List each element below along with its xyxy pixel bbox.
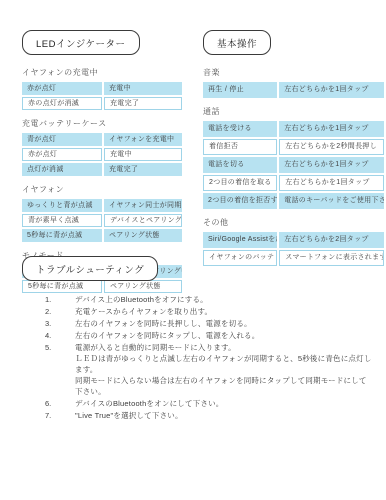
troubleshooting-item: 5.電源が入ると自動的に同期モードに入ります。ＬＥＤは青がゆっくりと点滅し左右の… xyxy=(45,342,374,397)
led-status-table: 青が点灯イヤフォンを充電中赤が点灯充電中点灯が消滅充電完了 xyxy=(22,133,182,176)
item-number: 3. xyxy=(45,318,75,329)
item-number: 2. xyxy=(45,306,75,317)
basic-operations-column: 基本操作 音楽 再生 / 停止左右どちらかを1回タップ 通話 電話を受ける左右ど… xyxy=(203,30,384,268)
table-cell: 左右どちらかを1回タップ xyxy=(279,82,384,98)
item-number: 6. xyxy=(45,398,75,409)
troubleshooting-list: 1.デバイス上のBluetoothをオフにする。2.充電ケースからイヤフォンを取… xyxy=(22,294,374,421)
section-charging-case: 充電バッテリーケース 青が点灯イヤフォンを充電中赤が点灯充電中点灯が消滅充電完了 xyxy=(22,118,182,176)
table-row: 青が点灯イヤフォンを充電中 xyxy=(22,133,182,146)
troubleshooting-item: 2.充電ケースからイヤフォンを取り出す。 xyxy=(45,306,374,317)
led-status-table: ゆっくりと青が点滅イヤフォン同士が同期中青が素早く点滅デバイスとペアリング中5秒… xyxy=(22,199,182,242)
led-indicator-heading: LEDインジケーター xyxy=(22,30,140,55)
section-earphone-charging: イヤフォンの充電中 赤が点灯充電中赤の点灯が消滅充電完了 xyxy=(22,67,182,110)
table-cell: 電話を切る xyxy=(203,157,277,173)
item-text: デバイス上のBluetoothをオフにする。 xyxy=(75,294,374,305)
table-row: 着信拒否左右どちらかを2秒間長押し xyxy=(203,139,384,155)
table-cell: Siri/Google Assistを起動 xyxy=(203,232,277,248)
troubleshooting-heading: トラブルシューティング xyxy=(22,256,158,281)
section-music: 音楽 再生 / 停止左右どちらかを1回タップ xyxy=(203,67,384,98)
item-number: 1. xyxy=(45,294,75,305)
item-number: 4. xyxy=(45,330,75,341)
table-row: 点灯が消滅充電完了 xyxy=(22,163,182,176)
table-cell: 再生 / 停止 xyxy=(203,82,277,98)
table-cell: 5秒毎に青が点滅 xyxy=(22,229,102,242)
item-text: 電源が入ると自動的に同期モードに入ります。ＬＥＤは青がゆっくりと点滅し左右のイヤ… xyxy=(75,342,374,397)
section-title: イヤフォンの充電中 xyxy=(22,67,182,78)
item-text: 左右のイヤフォンを同時にタップし、電源を入れる。 xyxy=(75,330,374,341)
section-earphone: イヤフォン ゆっくりと青が点滅イヤフォン同士が同期中青が素早く点滅デバイスとペア… xyxy=(22,184,182,242)
table-row: ゆっくりと青が点滅イヤフォン同士が同期中 xyxy=(22,199,182,212)
table-cell: イヤフォンを充電中 xyxy=(104,133,182,146)
table-row: 赤の点灯が消滅充電完了 xyxy=(22,97,182,110)
table-row: 赤が点灯充電中 xyxy=(22,82,182,95)
table-cell: 青が素早く点滅 xyxy=(22,214,102,227)
table-cell: 充電中 xyxy=(104,148,182,161)
troubleshooting-item: 1.デバイス上のBluetoothをオフにする。 xyxy=(45,294,374,305)
table-cell: 2つ目の着信を取る xyxy=(203,175,277,191)
table-cell: 赤が点灯 xyxy=(22,148,102,161)
table-cell: 左右どちらかを2回タップ xyxy=(279,232,384,248)
table-cell: ゆっくりと青が点滅 xyxy=(22,199,102,212)
section-calls: 通話 電話を受ける左右どちらかを1回タップ着信拒否左右どちらかを2秒間長押し電話… xyxy=(203,106,384,209)
troubleshooting-section: トラブルシューティング 1.デバイス上のBluetoothをオフにする。2.充電… xyxy=(22,256,374,422)
table-cell: 赤が点灯 xyxy=(22,82,102,95)
table-row: 2つ目の着信を取る左右どちらかを1回タップ xyxy=(203,175,384,191)
table-row: 赤が点灯充電中 xyxy=(22,148,182,161)
item-text: "Live True"を選択して下さい。 xyxy=(75,410,374,421)
section-title: 音楽 xyxy=(203,67,384,78)
section-title: イヤフォン xyxy=(22,184,182,195)
table-cell: 電話のキーパッドをご使用下さい xyxy=(279,193,384,209)
table-cell: 赤の点灯が消滅 xyxy=(22,97,102,110)
item-number: 7. xyxy=(45,410,75,421)
table-cell: デバイスとペアリング中 xyxy=(104,214,182,227)
table-cell: 充電完了 xyxy=(104,163,182,176)
table-cell: 充電中 xyxy=(104,82,182,95)
table-row: 2つ目の着信を拒否する電話のキーパッドをご使用下さい xyxy=(203,193,384,209)
table-row: 青が素早く点滅デバイスとペアリング中 xyxy=(22,214,182,227)
operation-table: 再生 / 停止左右どちらかを1回タップ xyxy=(203,82,384,98)
item-text: 充電ケースからイヤフォンを取り出す。 xyxy=(75,306,374,317)
table-cell: 着信拒否 xyxy=(203,139,277,155)
item-text: デバイスのBluetoothをオンにして下さい。 xyxy=(75,398,374,409)
table-cell: 左右どちらかを1回タップ xyxy=(279,157,384,173)
led-status-table: 赤が点灯充電中赤の点灯が消滅充電完了 xyxy=(22,82,182,110)
table-cell: 青が点灯 xyxy=(22,133,102,146)
table-row: 再生 / 停止左右どちらかを1回タップ xyxy=(203,82,384,98)
table-cell: 電話を受ける xyxy=(203,121,277,137)
table-cell: ペアリング状態 xyxy=(104,229,182,242)
table-cell: イヤフォン同士が同期中 xyxy=(104,199,182,212)
manual-page: { "colors": { "row_blue": "#b7e2f1", "ta… xyxy=(0,0,386,500)
table-cell: 2つ目の着信を拒否する xyxy=(203,193,277,209)
table-row: Siri/Google Assistを起動左右どちらかを2回タップ xyxy=(203,232,384,248)
section-title: その他 xyxy=(203,217,384,228)
basic-operations-heading: 基本操作 xyxy=(203,30,271,55)
item-text: 左右のイヤフォンを同時に長押しし、電源を切る。 xyxy=(75,318,374,329)
troubleshooting-item: 6.デバイスのBluetoothをオンにして下さい。 xyxy=(45,398,374,409)
table-cell: 左右どちらかを1回タップ xyxy=(279,121,384,137)
item-number: 5. xyxy=(45,342,75,397)
table-cell: 点灯が消滅 xyxy=(22,163,102,176)
table-row: 5秒毎に青が点滅ペアリング状態 xyxy=(22,229,182,242)
table-row: 電話を受ける左右どちらかを1回タップ xyxy=(203,121,384,137)
section-title: 通話 xyxy=(203,106,384,117)
troubleshooting-item: 3.左右のイヤフォンを同時に長押しし、電源を切る。 xyxy=(45,318,374,329)
table-cell: 左右どちらかを2秒間長押し xyxy=(279,139,384,155)
section-title: 充電バッテリーケース xyxy=(22,118,182,129)
troubleshooting-item: 4.左右のイヤフォンを同時にタップし、電源を入れる。 xyxy=(45,330,374,341)
table-cell: 左右どちらかを1回タップ xyxy=(279,175,384,191)
table-cell: 充電完了 xyxy=(104,97,182,110)
operation-table: 電話を受ける左右どちらかを1回タップ着信拒否左右どちらかを2秒間長押し電話を切る… xyxy=(203,121,384,209)
troubleshooting-item: 7."Live True"を選択して下さい。 xyxy=(45,410,374,421)
table-row: 電話を切る左右どちらかを1回タップ xyxy=(203,157,384,173)
